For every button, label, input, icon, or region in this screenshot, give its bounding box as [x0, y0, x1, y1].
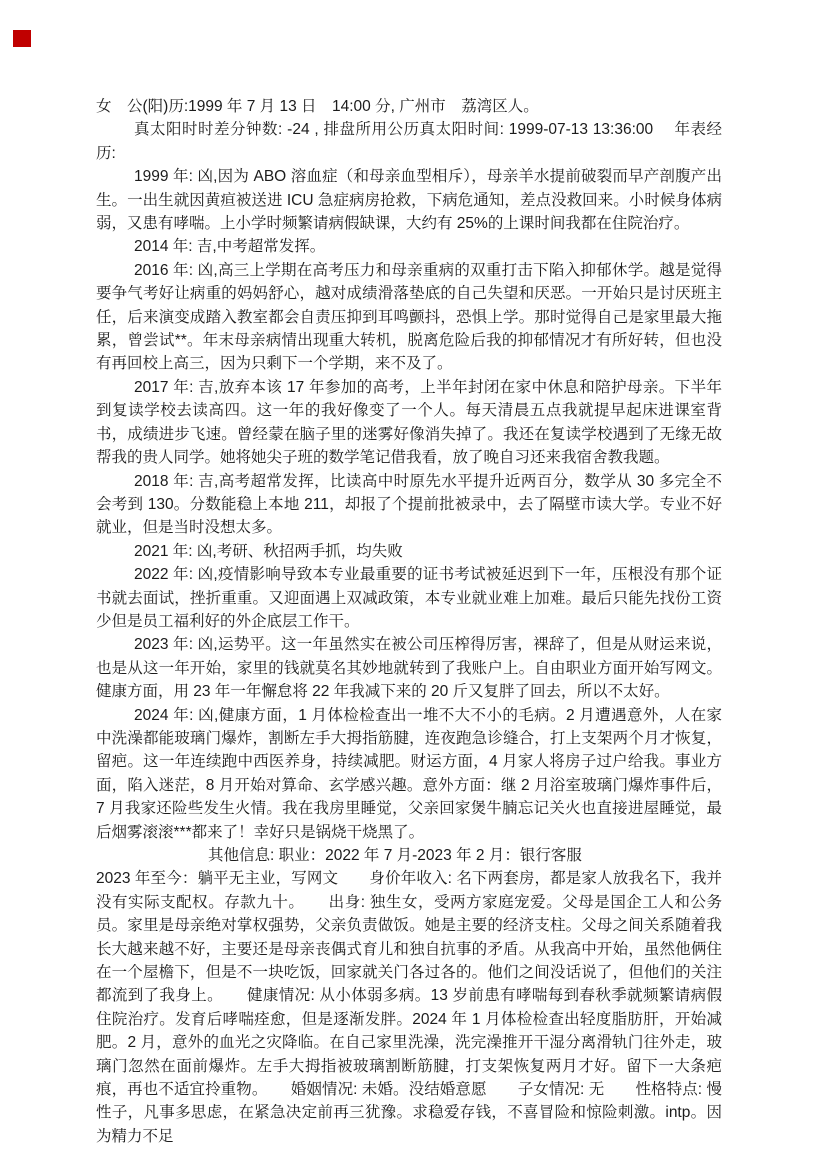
paragraph-year-2024: 2024 年: 凶,健康方面，1 月体检检查出一堆不大不小的毛病。2 月遭遇意外…: [96, 704, 722, 844]
red-marker: [13, 30, 31, 47]
paragraph-year-2023: 2023 年: 凶,运势平。这一年虽然实在被公司压榨得厉害，裸辞了，但是从财运来…: [96, 633, 722, 703]
paragraph-year-2016: 2016 年: 凶,高三上学期在高考压力和母亲重病的双重打击下陷入抑郁休学。越是…: [96, 259, 722, 376]
document-text: 女 公(阳)历:1999 年 7 月 13 日 14:00 分, 广州市 荔湾区…: [96, 95, 722, 1148]
paragraph-year-2014: 2014 年: 吉,中考超常发挥。: [96, 235, 722, 258]
paragraph-year-1999: 1999 年: 凶,因为 ABO 溶血症（和母亲血型相斥），母亲羊水提前破裂而早…: [96, 165, 722, 235]
paragraph-other-info-heading: 其他信息: 职业：2022 年 7 月-2023 年 2 月：银行客服: [96, 844, 722, 867]
paragraph-year-2017: 2017 年: 吉,放弃本该 17 年参加的高考，上半年封闭在家中休息和陪护母亲…: [96, 376, 722, 470]
paragraph-birth-info: 女 公(阳)历:1999 年 7 月 13 日 14:00 分, 广州市 荔湾区…: [96, 95, 722, 118]
paragraph-solar-time: 真太阳时时差分钟数: -24 , 排盘所用公历真太阳时间: 1999-07-13…: [96, 118, 722, 165]
paragraph-year-2018: 2018 年: 吉,高考超常发挥，比读高中时原先水平提升近两百分，数学从 30 …: [96, 470, 722, 540]
paragraph-other-info-body: 2023 年至今：躺平无主业，写网文 身价年收入: 名下两套房，都是家人放我名下…: [96, 867, 722, 1148]
paragraph-year-2021: 2021 年: 凶,考研、秋招两手抓，均失败: [96, 540, 722, 563]
paragraph-year-2022: 2022 年: 凶,疫情影响导致本专业最重要的证书考试被延迟到下一年，压根没有那…: [96, 563, 722, 633]
